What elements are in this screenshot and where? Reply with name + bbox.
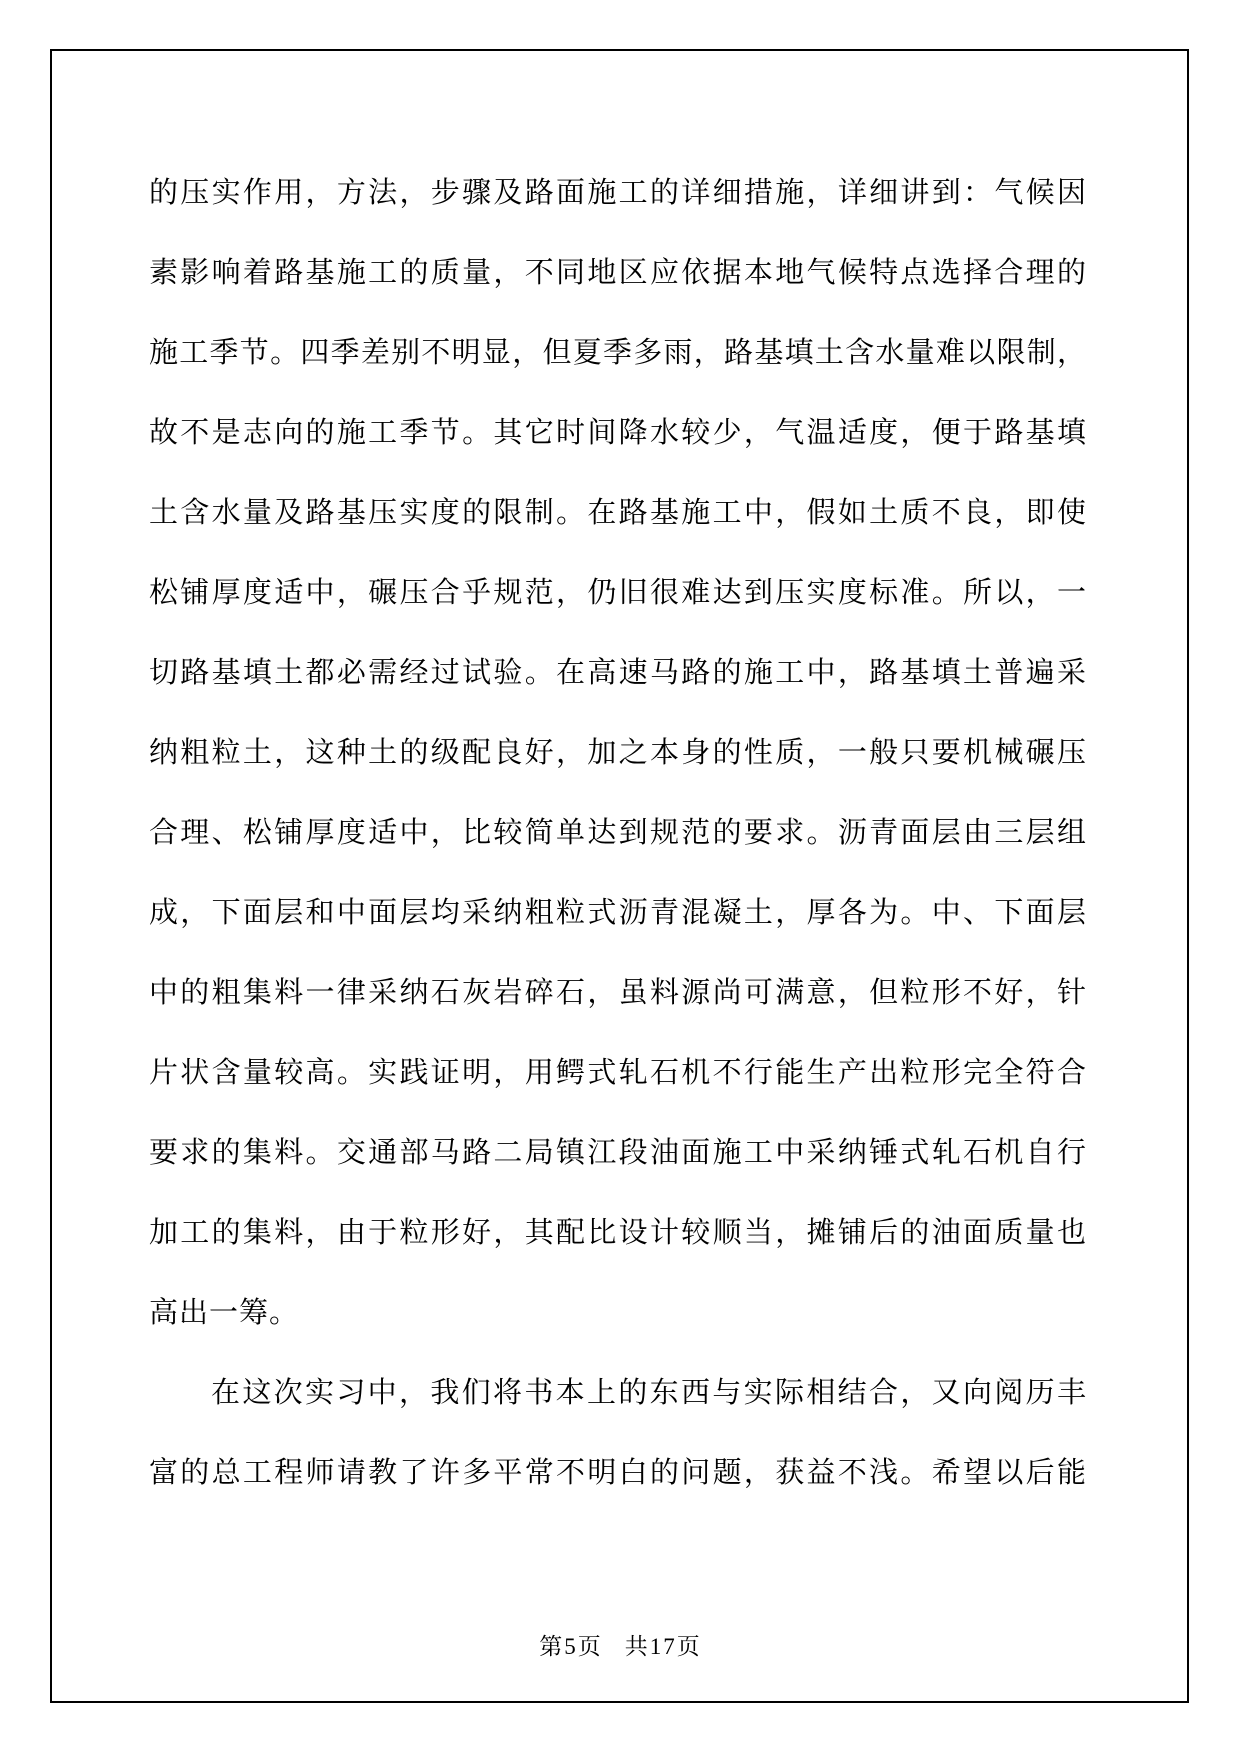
text-line: 要求的集料。交通部马路二局镇江段油面施工中采纳锤式轧石机自行 bbox=[149, 1113, 1087, 1193]
text-line: 施工季节。四季差别不明显，但夏季多雨，路基填土含水量难以限制， bbox=[149, 313, 1087, 393]
text-line: 成，下面层和中面层均采纳粗粒式沥青混凝土，厚各为。中、下面层 bbox=[149, 873, 1087, 953]
document-page: { "doc": { "lines": [ "的压实作用，方法，步骤及路面施工的… bbox=[0, 0, 1241, 1754]
text-line: 中的粗集料一律采纳石灰岩碎石，虽料源尚可满意，但粒形不好，针 bbox=[149, 953, 1087, 1033]
text-line: 土含水量及路基压实度的限制。在路基施工中，假如土质不良，即使 bbox=[149, 473, 1087, 553]
page-number-label: 第5页 bbox=[539, 1634, 603, 1659]
body-text: 的压实作用，方法，步骤及路面施工的详细措施，详细讲到：气候因 素影响着路基施工的… bbox=[149, 153, 1087, 1513]
text-line: 片状含量较高。实践证明，用鳄式轧石机不行能生产出粒形完全符合 bbox=[149, 1033, 1087, 1113]
text-line: 故不是志向的施工季节。其它时间降水较少，气温适度，便于路基填 bbox=[149, 393, 1087, 473]
text-line: 的压实作用，方法，步骤及路面施工的详细措施，详细讲到：气候因 bbox=[149, 153, 1087, 233]
text-line: 合理、松铺厚度适中，比较简单达到规范的要求。沥青面层由三层组 bbox=[149, 793, 1087, 873]
page-total-label: 共17页 bbox=[625, 1634, 702, 1659]
text-line: 富的总工程师请教了许多平常不明白的问题，获益不浅。希望以后能 bbox=[149, 1433, 1087, 1513]
text-line: 素影响着路基施工的质量，不同地区应依据本地气候特点选择合理的 bbox=[149, 233, 1087, 313]
text-line: 纳粗粒土，这种土的级配良好，加之本身的性质，一般只要机械碾压 bbox=[149, 713, 1087, 793]
text-line: 松铺厚度适中，碾压合乎规范，仍旧很难达到压实度标准。所以，一 bbox=[149, 553, 1087, 633]
text-line: 高出一筹。 bbox=[149, 1273, 1087, 1353]
text-line: 切路基填土都必需经过试验。在高速马路的施工中，路基填土普遍采 bbox=[149, 633, 1087, 713]
text-line: 在这次实习中，我们将书本上的东西与实际相结合，又向阅历丰 bbox=[149, 1353, 1087, 1433]
page-footer: 第5页共17页 bbox=[0, 1628, 1241, 1661]
text-line: 加工的集料，由于粒形好，其配比设计较顺当，摊铺后的油面质量也 bbox=[149, 1193, 1087, 1273]
